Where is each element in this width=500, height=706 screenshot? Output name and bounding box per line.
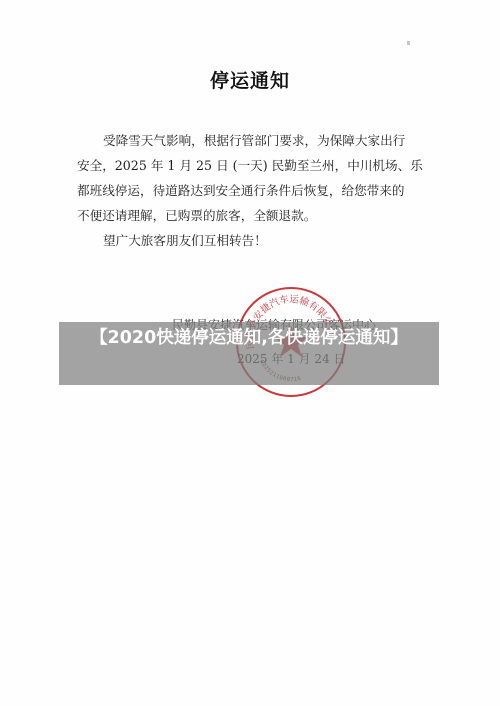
paragraph-line: 望广大旅客朋友们互相转告！ — [77, 228, 447, 253]
notice-paragraph-2: 望广大旅客朋友们互相转告！ — [77, 228, 447, 253]
paragraph-line: 安全，2025 年 1 月 25 日 (一天) 民勤至兰州，中川机场、乐 — [77, 153, 447, 178]
paragraph-line: 不便还请理解，已购票的旅客，全额退款。 — [77, 203, 447, 228]
paragraph-line: 受降雪天气影响，根据行管部门要求，为保障大家出行 — [77, 128, 447, 153]
caption-overlay-text: 【2020快递停运通知,各快递停运通知】 — [59, 326, 439, 350]
notice-page: 停运通知 受降雪天气影响，根据行管部门要求，为保障大家出行 安全，2025 年 … — [0, 0, 500, 706]
document-title: 停运通知 — [0, 66, 500, 93]
notice-paragraph-1: 受降雪天气影响，根据行管部门要求，为保障大家出行 安全，2025 年 1 月 2… — [77, 128, 447, 228]
paragraph-line: 都班线停运，待道路达到安全通行条件后恢复，给您带来的 — [77, 178, 447, 203]
scan-mark — [407, 41, 410, 45]
